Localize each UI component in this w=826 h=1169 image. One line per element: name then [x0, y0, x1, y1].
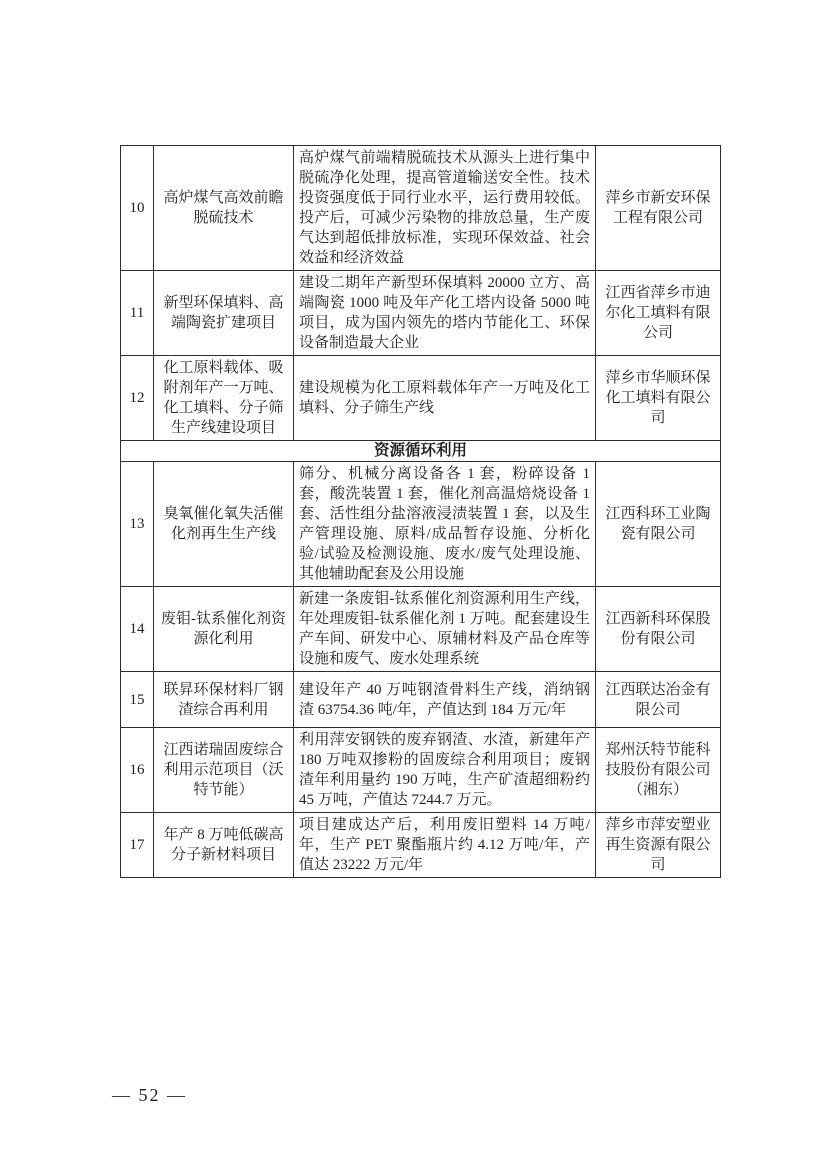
row-number-cell: 16 [121, 728, 154, 813]
table-row: 11 新型环保填料、高端陶瓷扩建项目 建设二期年产新型环保填料 20000 立方… [121, 271, 721, 356]
page-number: — 52 — [112, 1085, 187, 1106]
project-name-cell: 联昇环保材料厂钢渣综合再利用 [154, 672, 294, 728]
company-cell: 郑州沃特节能科技股份有限公司（湘东） [596, 728, 721, 813]
table-row: 15 联昇环保材料厂钢渣综合再利用 建设年产 40 万吨钢渣骨料生产线，消纳钢渣… [121, 672, 721, 728]
project-name-cell: 新型环保填料、高端陶瓷扩建项目 [154, 271, 294, 356]
table-row: 17 年产 8 万吨低碳高分子新材料项目 项目建成达产后，利用废旧塑料 14 万… [121, 813, 721, 878]
section-header: 资源循环利用 [121, 441, 721, 462]
project-description-cell: 建设规模为化工原料载体年产一万吨及化工填料、分子筛生产线 [294, 356, 596, 441]
project-description-cell: 筛分、机械分离设备各 1 套，粉碎设备 1 套，酸洗装置 1 套，催化剂高温焙烧… [294, 462, 596, 587]
project-name-cell: 年产 8 万吨低碳高分子新材料项目 [154, 813, 294, 878]
table-row: 12 化工原料载体、吸附剂年产一万吨、化工填料、分子筛生产线建设项目 建设规模为… [121, 356, 721, 441]
project-name-cell: 臭氧催化氧失活催化剂再生生产线 [154, 462, 294, 587]
table-row: 13 臭氧催化氧失活催化剂再生生产线 筛分、机械分离设备各 1 套，粉碎设备 1… [121, 462, 721, 587]
company-cell: 萍乡市萍安塑业再生资源有限公司 [596, 813, 721, 878]
project-name-cell: 高炉煤气高效前瞻脱硫技术 [154, 146, 294, 271]
company-cell: 江西科环工业陶瓷有限公司 [596, 462, 721, 587]
table-row: 10 高炉煤气高效前瞻脱硫技术 高炉煤气前端精脱硫技术从源头上进行集中脱硫净化处… [121, 146, 721, 271]
table-row: 14 废钼-钛系催化剂资源化利用 新建一条废钼-钛系催化剂资源利用生产线，年处理… [121, 587, 721, 672]
row-number-cell: 14 [121, 587, 154, 672]
row-number-cell: 12 [121, 356, 154, 441]
project-description-cell: 利用萍安钢铁的废弃钢渣、水渣，新建年产 180 万吨双掺粉的固废综合利用项目；废… [294, 728, 596, 813]
project-description-cell: 项目建成达产后，利用废旧塑料 14 万吨/年，生产 PET 聚酯瓶片约 4.12… [294, 813, 596, 878]
row-number-cell: 11 [121, 271, 154, 356]
project-name-cell: 废钼-钛系催化剂资源化利用 [154, 587, 294, 672]
company-cell: 江西新科环保股份有限公司 [596, 587, 721, 672]
table-row: 16 江西诺瑞固废综合利用示范项目（沃特节能） 利用萍安钢铁的废弃钢渣、水渣，新… [121, 728, 721, 813]
row-number-cell: 13 [121, 462, 154, 587]
document-page: 10 高炉煤气高效前瞻脱硫技术 高炉煤气前端精脱硫技术从源头上进行集中脱硫净化处… [0, 0, 826, 1169]
company-cell: 江西省萍乡市迪尔化工填料有限公司 [596, 271, 721, 356]
company-cell: 萍乡市新安环保工程有限公司 [596, 146, 721, 271]
project-description-cell: 建设二期年产新型环保填料 20000 立方、高端陶瓷 1000 吨及年产化工塔内… [294, 271, 596, 356]
projects-table: 10 高炉煤气高效前瞻脱硫技术 高炉煤气前端精脱硫技术从源头上进行集中脱硫净化处… [120, 145, 721, 878]
project-description-cell: 建设年产 40 万吨钢渣骨料生产线，消纳钢渣 63754.36 吨/年，产值达到… [294, 672, 596, 728]
company-cell: 萍乡市华顺环保化工填料有限公司 [596, 356, 721, 441]
row-number-cell: 10 [121, 146, 154, 271]
section-header-row: 资源循环利用 [121, 441, 721, 462]
company-cell: 江西联达冶金有限公司 [596, 672, 721, 728]
project-description-cell: 新建一条废钼-钛系催化剂资源利用生产线，年处理废钼-钛系催化剂 1 万吨。配套建… [294, 587, 596, 672]
project-name-cell: 化工原料载体、吸附剂年产一万吨、化工填料、分子筛生产线建设项目 [154, 356, 294, 441]
row-number-cell: 17 [121, 813, 154, 878]
row-number-cell: 15 [121, 672, 154, 728]
project-description-cell: 高炉煤气前端精脱硫技术从源头上进行集中脱硫净化处理，提高管道输送安全性。技术投资… [294, 146, 596, 271]
project-name-cell: 江西诺瑞固废综合利用示范项目（沃特节能） [154, 728, 294, 813]
